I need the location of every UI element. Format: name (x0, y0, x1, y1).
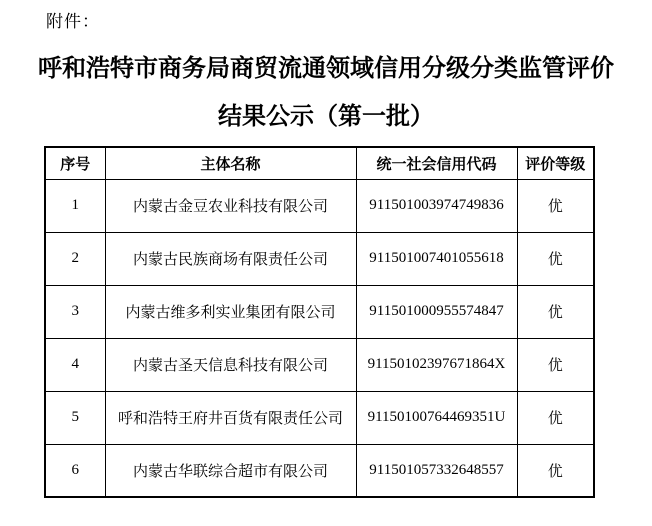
entity-name-cell: 呼和浩特王府井百货有限责任公司 (105, 391, 356, 444)
entity-name-cell: 内蒙古华联综合超市有限公司 (105, 444, 356, 497)
table-row: 2内蒙古民族商场有限责任公司911501007401055618优 (45, 232, 594, 285)
attachment-label: 附件： (46, 7, 100, 32)
credit-code-cell: 911501057332648557 (356, 444, 517, 497)
grade-cell: 优 (517, 285, 594, 338)
table-row: 4内蒙古圣天信息科技有限公司91150102397671864X优 (45, 338, 594, 391)
header-entity-name: 主体名称 (105, 147, 356, 179)
table-row: 3内蒙古维多利实业集团有限公司911501000955574847优 (45, 285, 594, 338)
credit-code-cell: 911501003974749836 (356, 179, 517, 232)
document-page: 附件： 呼和浩特市商务局商贸流通领域信用分级分类监管评价 结果公示（第一批） 序… (0, 0, 652, 526)
table-row: 6内蒙古华联综合超市有限公司911501057332648557优 (45, 444, 594, 497)
credit-code-cell: 91150100764469351U (356, 391, 517, 444)
table-row: 5呼和浩特王府井百货有限责任公司91150100764469351U优 (45, 391, 594, 444)
document-title-line2: 结果公示（第一批） (0, 96, 652, 131)
serial-number-cell: 3 (45, 285, 105, 338)
serial-number-cell: 6 (45, 444, 105, 497)
serial-number-cell: 2 (45, 232, 105, 285)
evaluation-results-table: 序号 主体名称 统一社会信用代码 评价等级 1内蒙古金豆农业科技有限公司9115… (44, 146, 595, 498)
entity-name-cell: 内蒙古金豆农业科技有限公司 (105, 179, 356, 232)
credit-code-cell: 911501007401055618 (356, 232, 517, 285)
grade-cell: 优 (517, 391, 594, 444)
credit-code-cell: 91150102397671864X (356, 338, 517, 391)
entity-name-cell: 内蒙古民族商场有限责任公司 (105, 232, 356, 285)
header-credit-code: 统一社会信用代码 (356, 147, 517, 179)
table-header-row: 序号 主体名称 统一社会信用代码 评价等级 (45, 147, 594, 179)
document-title-line1: 呼和浩特市商务局商贸流通领域信用分级分类监管评价 (0, 48, 652, 83)
serial-number-cell: 5 (45, 391, 105, 444)
grade-cell: 优 (517, 444, 594, 497)
table-row: 1内蒙古金豆农业科技有限公司911501003974749836优 (45, 179, 594, 232)
serial-number-cell: 1 (45, 179, 105, 232)
grade-cell: 优 (517, 179, 594, 232)
grade-cell: 优 (517, 232, 594, 285)
entity-name-cell: 内蒙古圣天信息科技有限公司 (105, 338, 356, 391)
header-evaluation-grade: 评价等级 (517, 147, 594, 179)
header-serial-number: 序号 (45, 147, 105, 179)
credit-code-cell: 911501000955574847 (356, 285, 517, 338)
serial-number-cell: 4 (45, 338, 105, 391)
grade-cell: 优 (517, 338, 594, 391)
table-body: 1内蒙古金豆农业科技有限公司911501003974749836优2内蒙古民族商… (45, 179, 594, 497)
entity-name-cell: 内蒙古维多利实业集团有限公司 (105, 285, 356, 338)
